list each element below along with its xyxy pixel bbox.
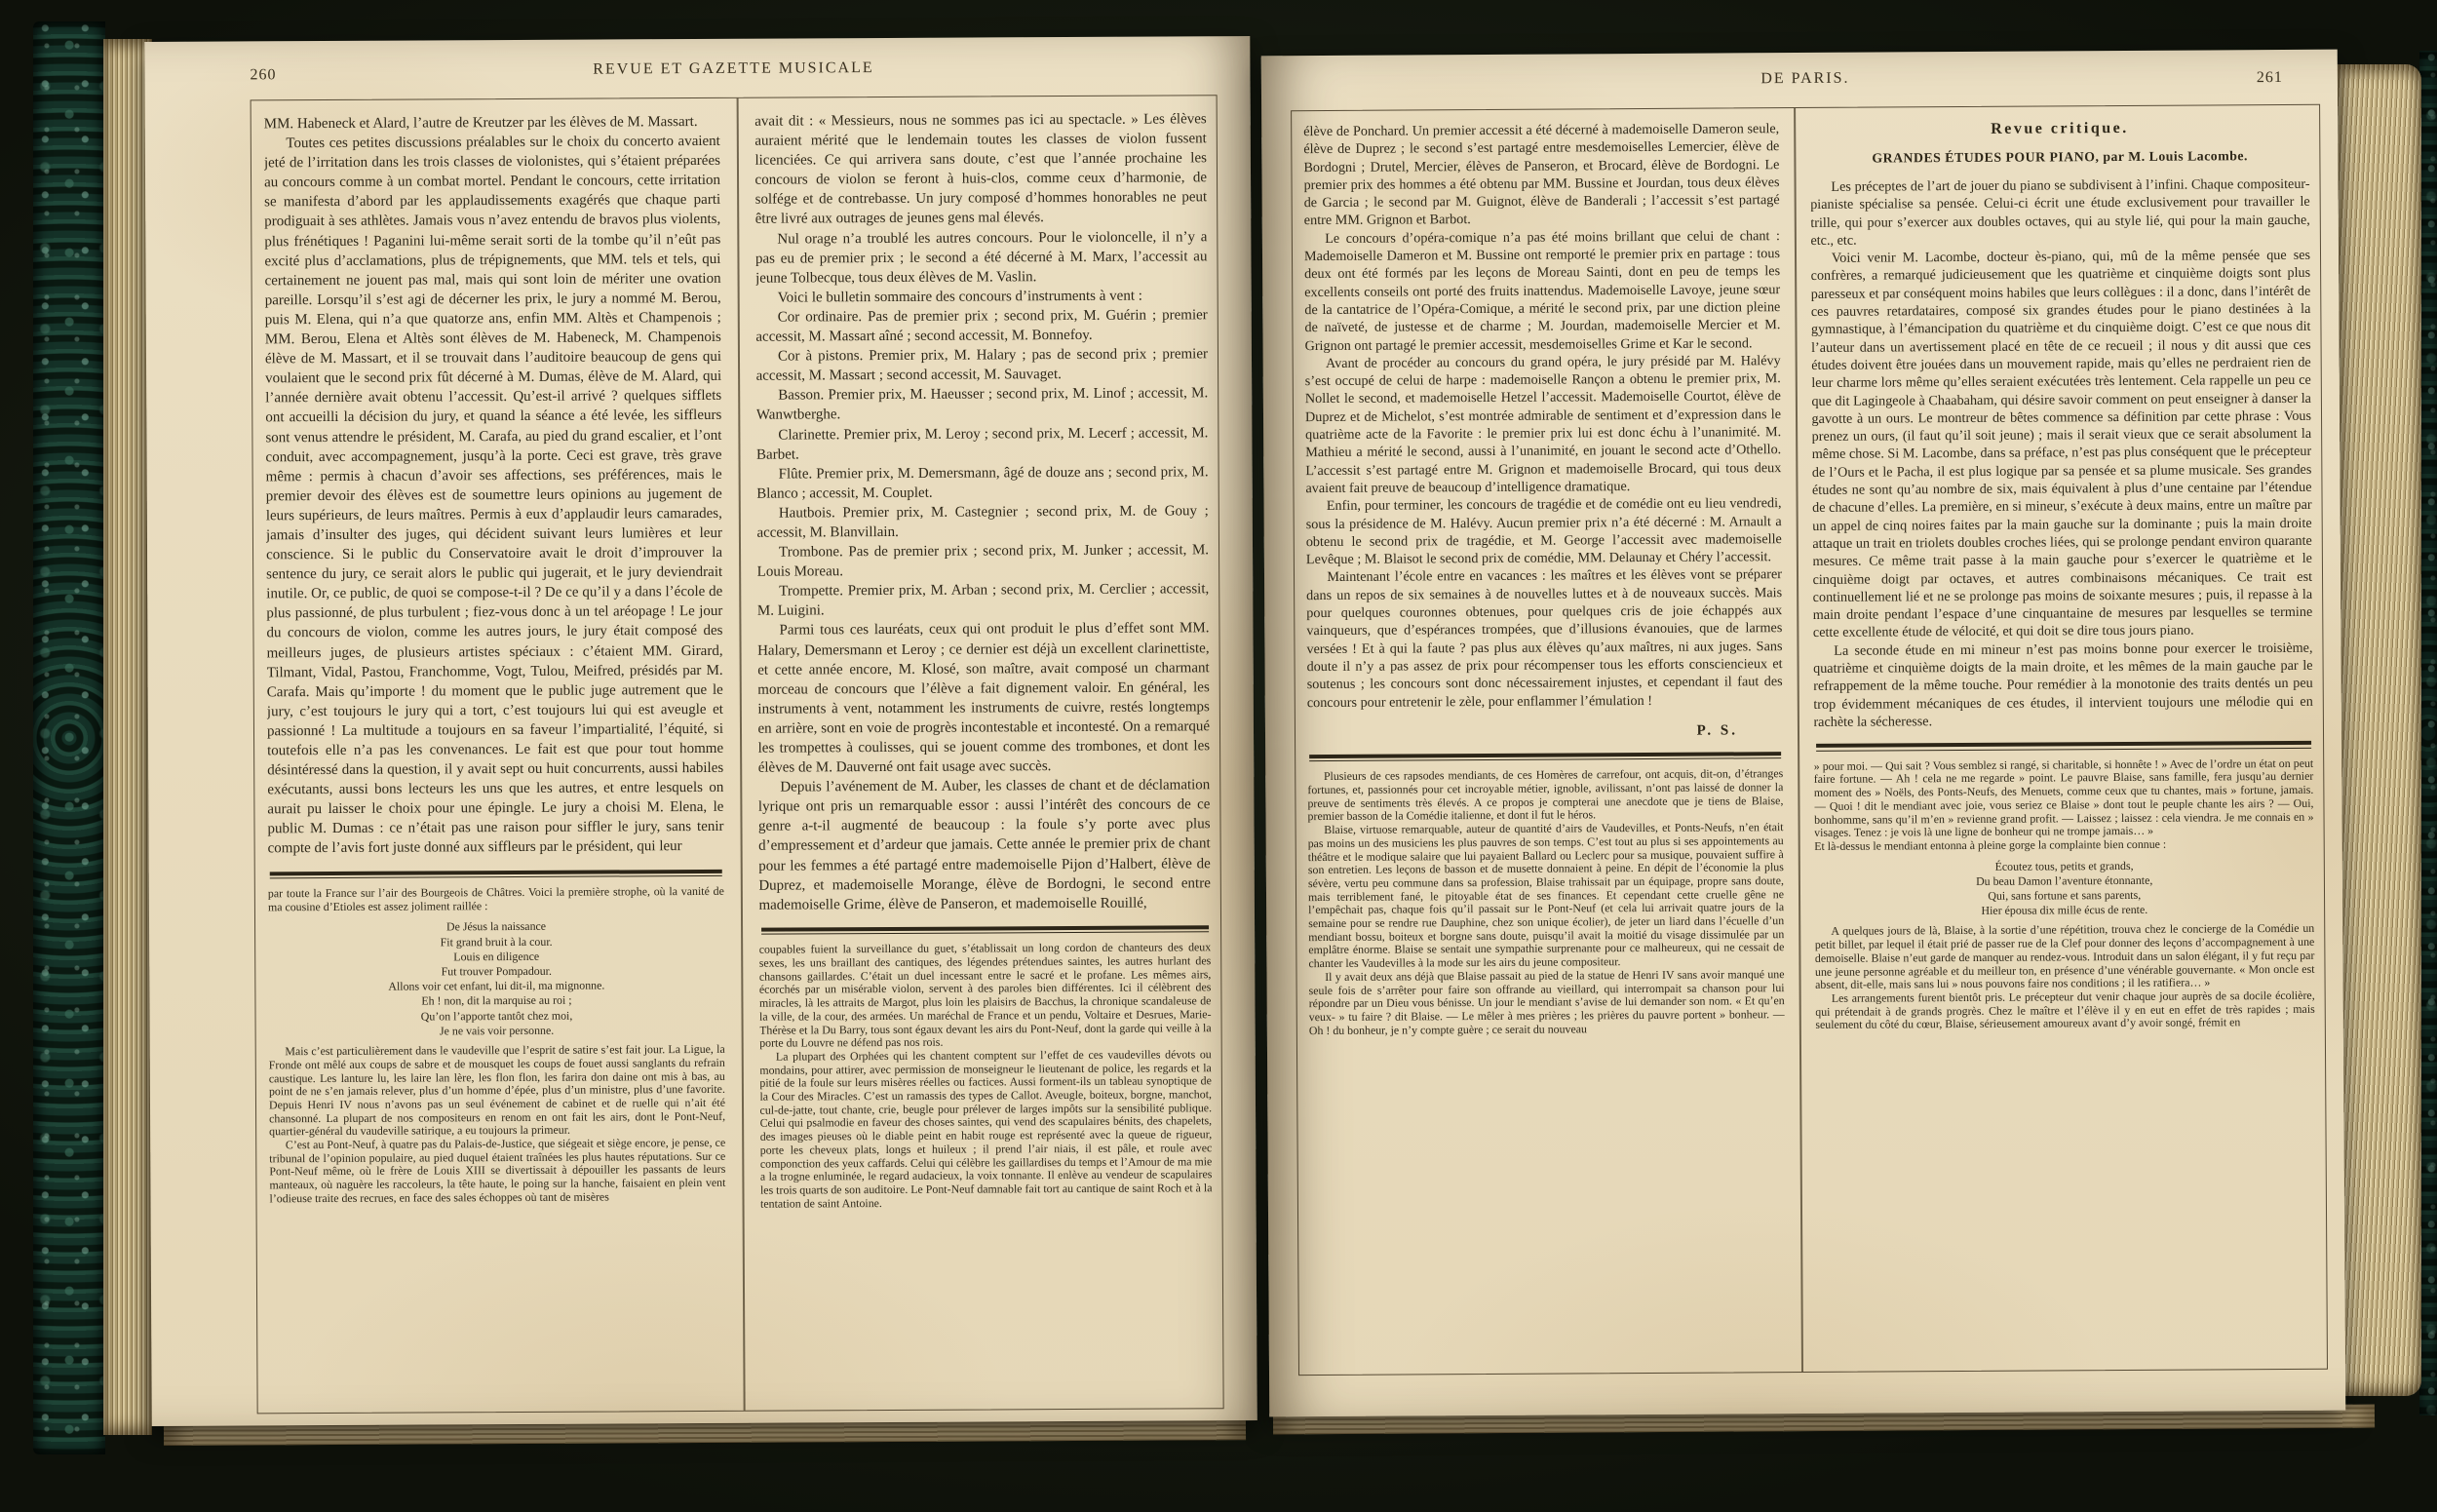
article-paragraph: Cor à pistons. Premier prix, M. Halary ;… — [755, 344, 1208, 386]
feuilleton-text-block: coupables fuient la surveillance du guet… — [759, 942, 1213, 1211]
article-paragraph: avait dit : « Messieurs, nous ne sommes … — [754, 109, 1207, 229]
feuilleton-paragraph: Les arrangements furent bientôt pris. Le… — [1815, 989, 2315, 1032]
article-paragraph: Trombone. Pas de premier prix ; second p… — [756, 540, 1209, 582]
article-paragraph: Enfin, pour terminer, les concours de tr… — [1306, 494, 1782, 568]
verse-line: Je ne vais voir personne. — [269, 1023, 725, 1040]
feuilleton-paragraph: La plupart des Orphées qui les chantent … — [759, 1048, 1212, 1211]
article-concours-suite-text: élève de Ponchard. Un premier accessit a… — [1303, 120, 1783, 712]
feuilleton-paragraph: Et là-dessus le mendiant entonna à plein… — [1814, 837, 2314, 854]
author-signature: P. S. — [1307, 722, 1783, 742]
article-paragraph: Cor ordinaire. Pas de premier prix ; sec… — [755, 305, 1208, 347]
verse-line: Hier épousa dix mille écus de rente. — [1815, 902, 2315, 919]
feuilleton-paragraph: Il y avait deux ans déjà que Blaise pass… — [1308, 968, 1784, 1037]
article-paragraph: Voici le bulletin sommaire des concours … — [755, 286, 1208, 308]
article-paragraph: Maintenant l’école entre en vacances : l… — [1306, 566, 1783, 712]
running-title-right: DE PARIS. — [1291, 67, 2320, 91]
left-page-column-1: MM. Habeneck et Alard, l’autre de Kreutz… — [264, 112, 727, 1409]
column-rule — [737, 98, 746, 1411]
feuilleton-text-block: Mais c’est particulièrement dans le vaud… — [269, 1043, 726, 1206]
page-edges-right — [2336, 64, 2421, 1396]
marbled-cover-left — [33, 21, 105, 1454]
feuilleton-separator — [1309, 752, 1781, 761]
article-paragraph: La seconde étude en mi mineur n’est pas … — [1813, 640, 2313, 732]
feuilleton-separator — [270, 869, 722, 878]
article-paragraph: Le concours d’opéra-comique n’a pas été … — [1304, 227, 1781, 355]
article-paragraph: Avant de procéder au concours du grand o… — [1305, 352, 1782, 497]
feuilleton-paragraph: Mais c’est particulièrement dans le vaud… — [269, 1043, 725, 1139]
article-paragraph: Depuis l’avénement de M. Auber, les clas… — [758, 775, 1211, 914]
feuilleton-separator — [1816, 741, 2312, 752]
article-paragraph: Hautbois. Premier prix, M. Castegnier ; … — [756, 501, 1209, 543]
pompadour-verse: De Jésus la naissanceFit grand bruit à l… — [268, 918, 725, 1039]
revue-critique-text: Les préceptes de l’art de jouer du piano… — [1810, 175, 2313, 731]
feuilleton-intro-block: par toute la France sur l’air des Bourge… — [268, 885, 724, 914]
article-paragraph: Trompette. Premier prix, M. Arban ; seco… — [757, 580, 1210, 622]
feuilleton-paragraph: Blaise, virtuose remarquable, auteur de … — [1308, 821, 1785, 971]
article-paragraph: Flûte. Premier prix, M. Demersmann, âgé … — [756, 462, 1209, 504]
marbled-cover-right — [2419, 51, 2437, 1415]
text-frame-left: MM. Habeneck et Alard, l’autre de Kreutz… — [251, 95, 1224, 1414]
left-page-column-2: avait dit : « Messieurs, nous ne sommes … — [754, 109, 1213, 1406]
article-paragraph: Les préceptes de l’art de jouer du piano… — [1810, 175, 2310, 250]
article-paragraph: Nul orage n’a troublé les autres concour… — [755, 227, 1208, 289]
section-heading: Revue critique. — [1810, 119, 2310, 139]
text-frame-right: élève de Ponchard. Un premier accessit a… — [1291, 104, 2328, 1376]
article-bulletin-text: avait dit : « Messieurs, nous ne sommes … — [754, 109, 1211, 914]
article-paragraph: Voici venir M. Lacombe, docteur ès-piano… — [1810, 247, 2312, 642]
book-scan: 260 REVUE ET GAZETTE MUSICALE MM. Habene… — [0, 0, 2437, 1512]
feuilleton-paragraph: Plusieurs de ces rapsodes mendiants, de … — [1307, 767, 1783, 824]
feuilleton-paragraph: C’est au Pont-Neuf, à quatre pas du Pala… — [269, 1137, 725, 1206]
article-title: GRANDES ÉTUDES POUR PIANO, par M. Louis … — [1810, 148, 2310, 167]
feuilleton-separator — [761, 925, 1210, 935]
damon-verse: Écoutez tous, petits et grands,Du beau D… — [1814, 857, 2314, 919]
article-paragraph: Parmi tous ces lauréats, ceux qui ont pr… — [757, 619, 1210, 778]
right-page-column-1: élève de Ponchard. Un premier accessit a… — [1303, 120, 1787, 1371]
right-page-column-2: Revue critique. GRANDES ÉTUDES POUR PIAN… — [1810, 117, 2317, 1368]
feuilleton-dialogue-block: » pour moi. — Qui sait ? Vous semblez si… — [1814, 757, 2314, 854]
article-concours-text: MM. Habeneck et Alard, l’autre de Kreutz… — [264, 112, 724, 859]
feuilleton-intro: par toute la France sur l’air des Bourge… — [268, 885, 724, 914]
article-paragraph: Basson. Premier prix, M. Haeusser ; seco… — [756, 384, 1209, 426]
right-page: 261 DE PARIS. élève de Ponchard. Un prem… — [1261, 50, 2346, 1417]
article-paragraph: élève de Ponchard. Un premier accessit a… — [1303, 120, 1780, 230]
article-paragraph: Clarinette. Premier prix, M. Leroy ; sec… — [756, 423, 1209, 465]
feuilleton-paragraph: » pour moi. — Qui sait ? Vous semblez si… — [1814, 757, 2314, 840]
feuilleton-suite-block: A quelques jours de là, Blaise, à la sor… — [1815, 922, 2315, 1032]
feuilleton-paragraph: coupables fuient la surveillance du guet… — [759, 942, 1212, 1051]
running-title-left: REVUE ET GAZETTE MUSICALE — [250, 58, 1217, 80]
column-rule — [1794, 108, 1802, 1372]
feuilleton-paragraph: A quelques jours de là, Blaise, à la sor… — [1815, 922, 2315, 992]
feuilleton-blaise-block: Plusieurs de ces rapsodes mendiants, de … — [1307, 767, 1785, 1037]
left-page: 260 REVUE ET GAZETTE MUSICALE MM. Habene… — [144, 36, 1257, 1426]
article-paragraph: Toutes ces petites discussions préalable… — [264, 132, 724, 859]
article-paragraph: MM. Habeneck et Alard, l’autre de Kreutz… — [264, 112, 720, 135]
